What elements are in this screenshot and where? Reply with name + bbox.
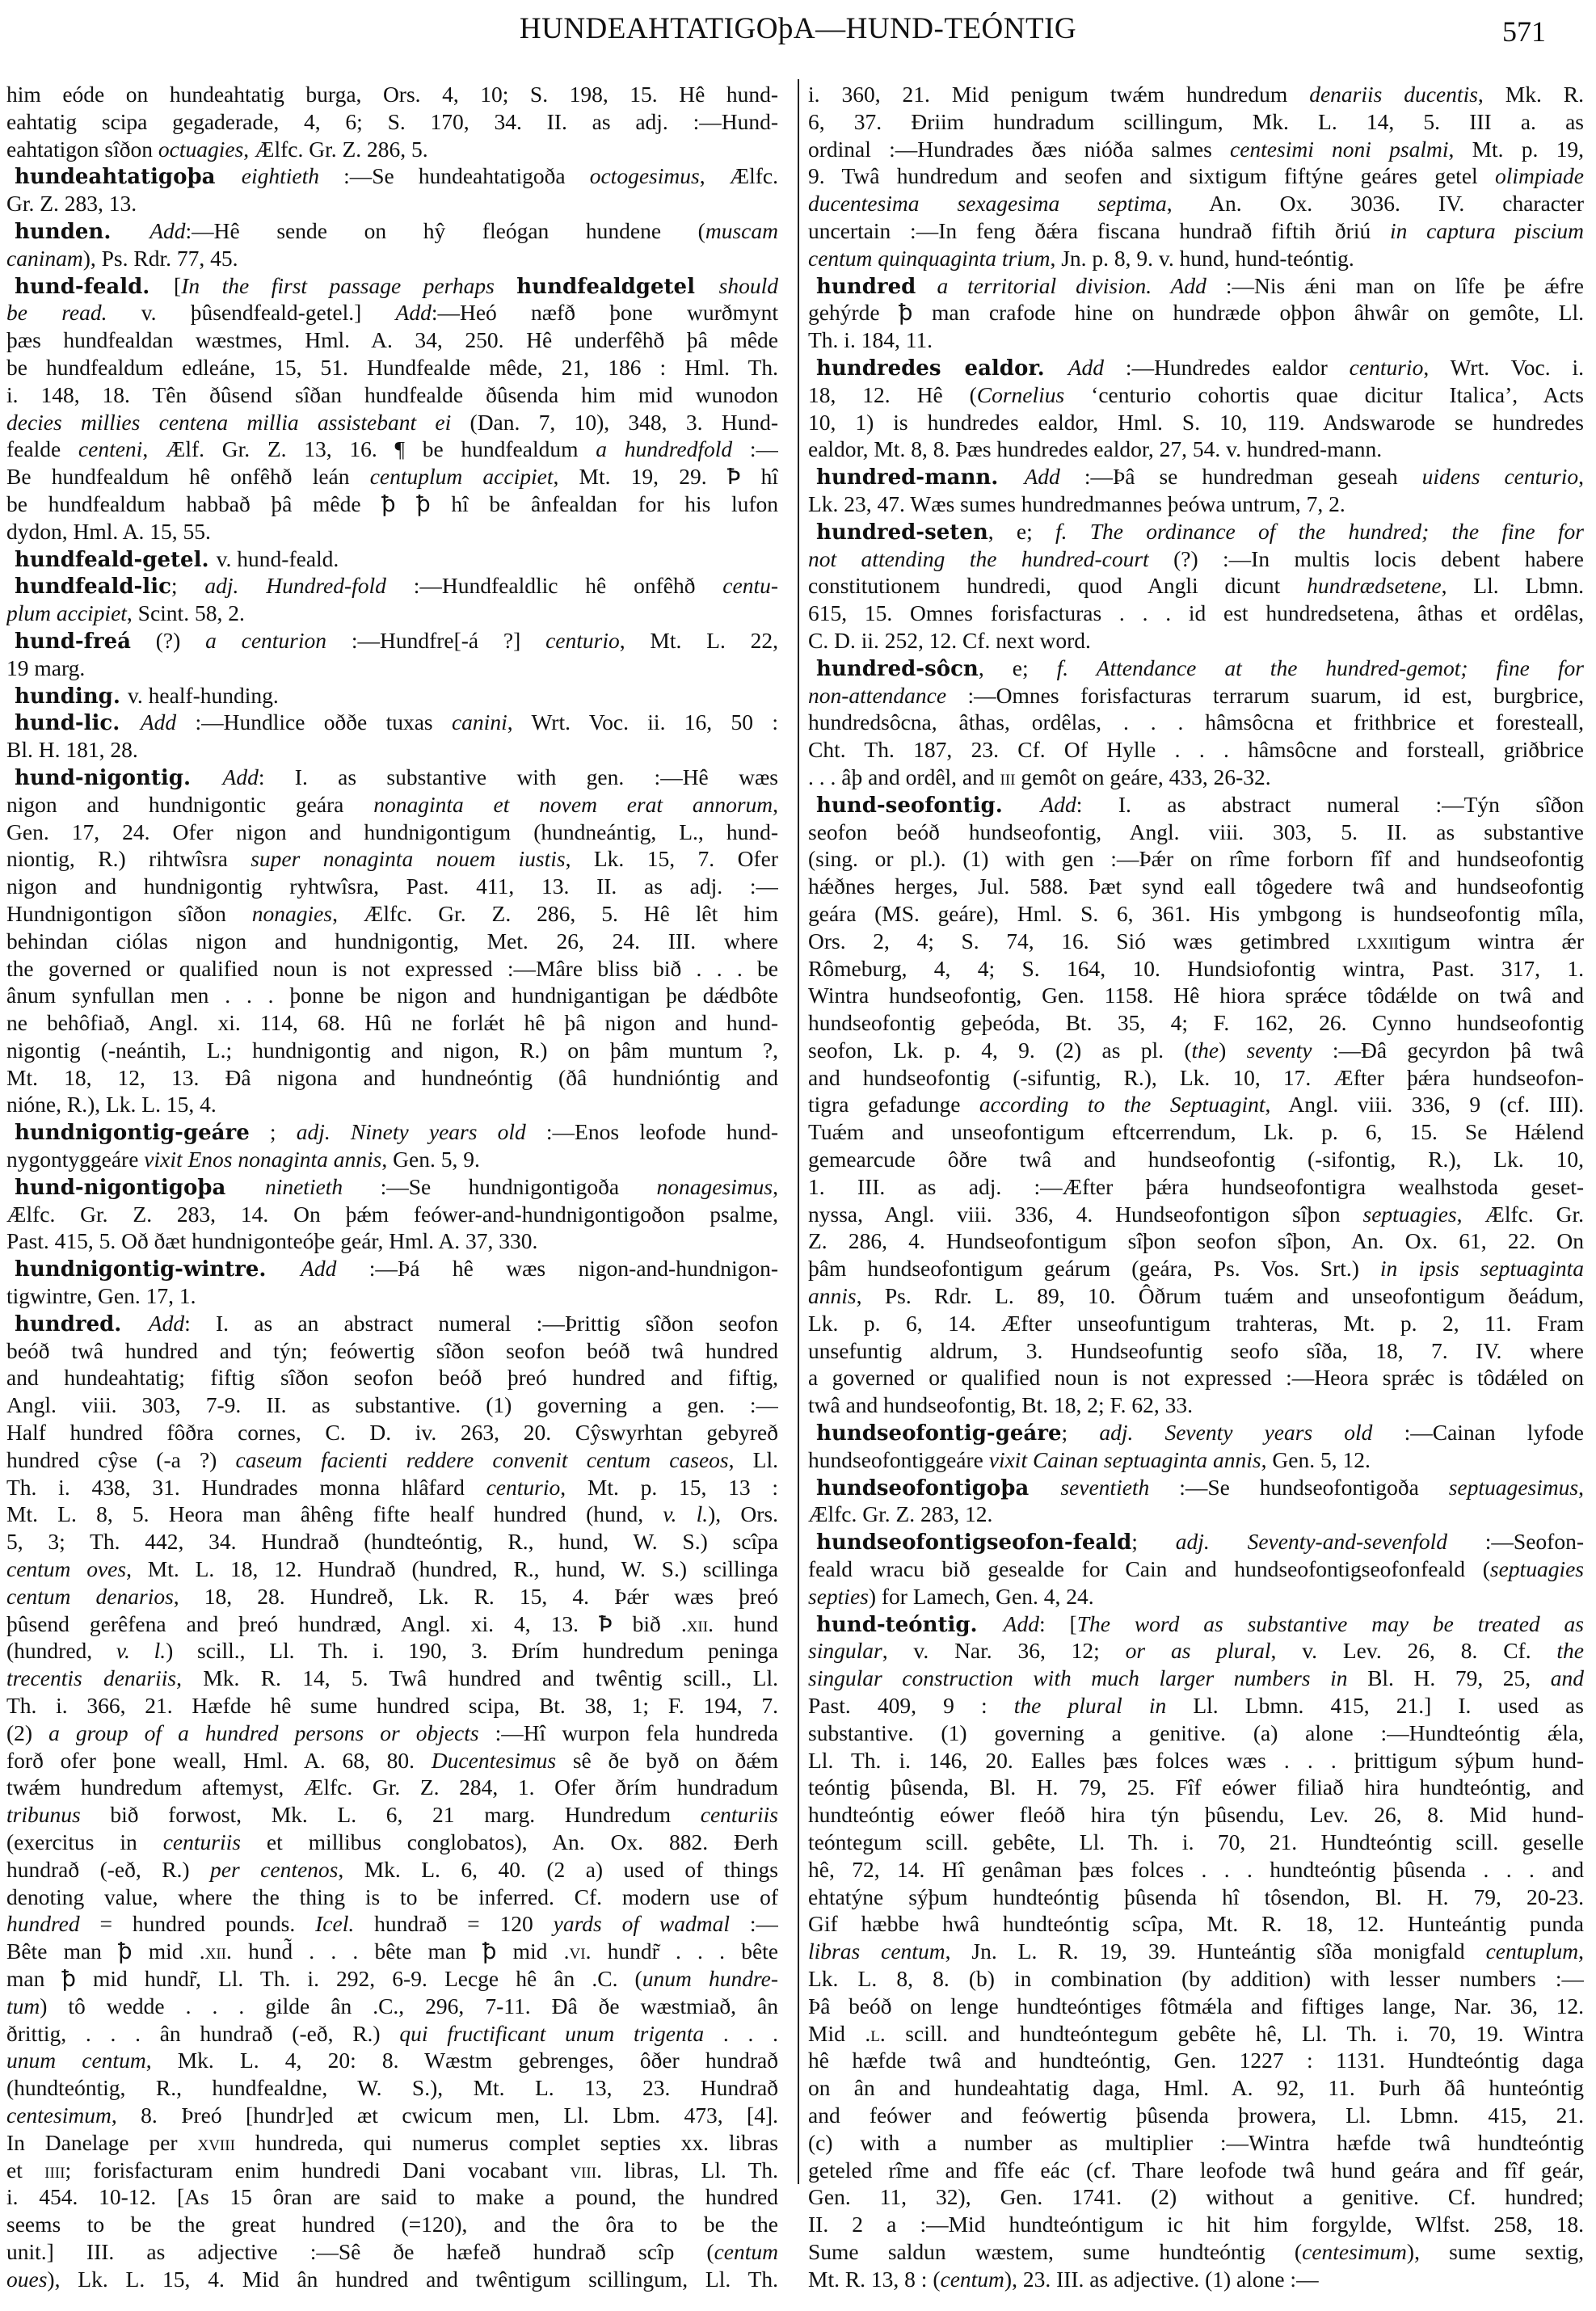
italic-text: centesimi noni psalmi [1230, 137, 1449, 162]
text-line: Ælfc. Gr. Z. 283, 14. On þǽm feówer-and-… [6, 1201, 778, 1228]
text-line: Th. i. 366, 21. Hæfde hê sume hundred sc… [6, 1692, 778, 1720]
italic-text: the [1191, 1038, 1219, 1063]
text: : I. as substantive with gen. :—Hê wæs [259, 764, 778, 789]
text-line: hundteóntig eówer fleóð hira týn þûsendu… [808, 1801, 1584, 1829]
text: bið forwost, Mk. L. 6, 21 marg. Hundredu… [81, 1802, 701, 1827]
text: , Scint. 58, 2. [127, 600, 245, 625]
text-line: forð ofer þone weall, Hml. A. 68, 80. Du… [6, 1747, 778, 1774]
text: , Ælf. Gr. Z. 13, 16. ¶ be hundfealdum [142, 436, 596, 461]
text-line: Angl. viii. 303, 7-9. II. as substantive… [6, 1391, 778, 1419]
text: ), 23. III. as adjective. (1) alone :— [1004, 2267, 1319, 2292]
text-line: 6, 37. Ðriim hundradum scillingum, Mk. L… [808, 108, 1584, 136]
entry-start-line: hundfeald-getel. v. hund-feald. [6, 545, 778, 573]
text-line: geára (MS. geáre), Hml. S. 6, 361. His y… [808, 900, 1584, 928]
text-line: be hundfealdum edleáne, 15, 51. Hundfeal… [6, 354, 778, 381]
text: beóð twâ hundred and týn; feówertig sîðo… [6, 1338, 778, 1363]
text: In Danelage per [6, 2130, 197, 2155]
italic-text: singular [808, 1638, 882, 1663]
headword: hunden. [15, 220, 149, 244]
headword: hundred. [15, 1312, 149, 1337]
text-line: In Danelage per xviii hundreda, qui nume… [6, 2129, 778, 2157]
text-line: eahtatigon sîðon octuagies, Ælfc. Gr. Z.… [6, 136, 778, 163]
text-line: centesimum, 8. Þreó [hundr]ed æt cwicum … [6, 2102, 778, 2129]
text-line: Ælfc. Gr. Z. 283, 12. [808, 1501, 1584, 1528]
italic-text: muscam [705, 218, 778, 243]
italic-text: v. l. [663, 1501, 708, 1526]
text: ; [1131, 1529, 1175, 1554]
italic-text: tribunus [6, 1802, 81, 1827]
italic-text: canini [452, 709, 507, 735]
text: , [1578, 1938, 1584, 1964]
italic-text: octogesimus [590, 163, 700, 188]
text: , Gen. 5, 12. [1261, 1447, 1371, 1472]
text: Ors. 2, 4; S. 74, 16. Sió wæs getimbred [808, 928, 1357, 953]
text: ; forisfacturam enim hundredi Dani vocab… [65, 2157, 570, 2183]
text: . libras, Ll. Th. [596, 2157, 778, 2183]
text-line: Z. 286, 4. Hundseofontigum sîþon seofon … [808, 1227, 1584, 1255]
text: Gif hæbbe hwâ hundteóntig scîpa, Mt. R. … [808, 1911, 1584, 1936]
text-line: tribunus bið forwost, Mk. L. 6, 21 marg.… [6, 1801, 778, 1829]
text-line: þûsend gerêfena and þreó hundræd, Angl. … [6, 1610, 778, 1638]
text: :— [732, 436, 778, 461]
entry-start-line: hundnigontig-wintre. Add :—Þá hê wæs nig… [6, 1255, 778, 1282]
italic-text: yards of wadmal [554, 1911, 730, 1936]
text-line: C. D. ii. 252, 12. Cf. next word. [808, 627, 1584, 655]
text-line: centum denarios, 18, 28. Hundreð, Lk. R.… [6, 1583, 778, 1610]
italic-text: and [1551, 1665, 1584, 1690]
italic-text: v. l. [116, 1638, 166, 1663]
text: on ân and hundeahtatig daga, Hml. A. 92,… [808, 2075, 1584, 2100]
text-line: ducentesima sexagesima septima, An. Ox. … [808, 190, 1584, 217]
text-line: teóntegum scill. gebête, Ll. Th. i. 70, … [808, 1829, 1584, 1856]
italic-text: vixit Enos nonaginta annis [144, 1147, 381, 1172]
text: , Mt. L. 18, 12. Hundrað (hundred, R., h… [126, 1556, 778, 1581]
text-line: nigon and hundnigontic geára nonaginta e… [6, 791, 778, 819]
italic-text: septies [808, 1584, 869, 1609]
italic-text: a hundredfold [596, 436, 732, 461]
text: Gen. 17, 24. Ofer nigon and hundnigontig… [6, 819, 778, 844]
text-line: unit.] III. as adjective :—Sê ðe hæfeð h… [6, 2238, 778, 2266]
text: i. 148, 18. Tên ðûsend sîðan hundfealde … [6, 382, 778, 407]
text: :—Seofon- [1447, 1529, 1584, 1554]
text: xii [205, 1938, 226, 1964]
text: , Mt. p. 19, [1449, 137, 1585, 162]
text-line: gehýrde ꝥ man crafode hine on hundræde o… [808, 299, 1584, 326]
text: Be hundfealdum hê onfêhð leán [6, 464, 370, 489]
text-line: the governed or qualified noun is not ex… [6, 955, 778, 983]
entry-start-line: hundred-mann. Add :—Þâ se hundredman ges… [808, 463, 1584, 490]
italic-text: centesimum [1302, 2239, 1407, 2264]
text: , e; [988, 519, 1055, 544]
text: , Mt. 19, 29. Ꝥ hî [553, 464, 778, 489]
left-column: him eóde on hundeahtatig burga, Ors. 4, … [6, 81, 778, 2293]
text: et [6, 2157, 44, 2183]
column-divider [798, 79, 799, 2184]
text-line: i. 454. 10-12. [As 15 ôran are said to m… [6, 2183, 778, 2211]
text-line: et iiii; forisfacturam enim hundredi Dan… [6, 2157, 778, 2184]
italic-text: libras centum [808, 1938, 945, 1964]
text: unit.] III. as adjective :—Sê ðe hæfeð h… [6, 2239, 714, 2264]
italic-text: septuagies [1363, 1202, 1457, 1227]
italic-text: a group of a hundred persons or objects [48, 1720, 478, 1745]
text: ordinal :—Hundrades ðæs nióða salmes [808, 137, 1230, 162]
text: :—Hundfealdlic hê onfêhð [386, 573, 722, 598]
text-line: . . . âþ and ordêl, and iii gemôt on geá… [808, 764, 1584, 791]
text: . . . âþ and ordêl, and [808, 764, 1000, 789]
text-line: Þâ beóð on lenge hundteóntiges fôtmǽla a… [808, 1993, 1584, 2020]
italic-text: nonaginta et novem erat annorum [373, 792, 773, 817]
entry-start-line: hundeahtatigoþa eightieth :—Se hundeahta… [6, 162, 778, 190]
text-line: ânum synfullan men . . . þonne be nigon … [6, 982, 778, 1009]
text-line: 5, 3; Th. 442, 34. Hundrað (hundteóntig,… [6, 1528, 778, 1555]
headword: hundredes ealdor. [816, 356, 1068, 381]
text: (c) with a number as multiplier :—Wintra… [808, 2130, 1584, 2155]
text: Ll. Lbmn. 415, 21.] I. used as [1193, 1693, 1584, 1718]
text: tigum wintra ǽr [1399, 928, 1584, 953]
italic-text: Icel. [315, 1911, 354, 1936]
page-header: HUNDEAHTATIGOþA—HUND-TEÓNTIG 571 [0, 0, 1596, 65]
text: hundteóntig eówer fleóð hira týn þûsendu… [808, 1802, 1584, 1827]
text-line: ne behôfiað, Angl. xi. 114, 68. Hû ne fo… [6, 1009, 778, 1037]
text: ealdor, Mt. 8, 8. Þæs hundredes ealdor, … [808, 436, 1382, 461]
text: hê hæfde twâ and hundteóntig, Gen. 1227 … [808, 2048, 1584, 2073]
italic-text: eightieth [242, 163, 319, 188]
text-line: Past. 409, 9 : the plural in Ll. Lbmn. 4… [808, 1692, 1584, 1720]
italic-text: adj. Hundred-fold [204, 573, 386, 598]
text: , 8. Þreó [hundr]ed æt cwicum men, Ll. L… [112, 2103, 778, 2128]
entry-start-line: hundseofontig-geáre; adj. Seventy years … [808, 1419, 1584, 1446]
text-line: teóntig þûsenda, Bl. H. 79, 25. Fîf eówe… [808, 1774, 1584, 1801]
text-line: plum accipiet, Scint. 58, 2. [6, 600, 778, 627]
italic-text: centuplum accipiet [370, 464, 554, 489]
italic-text: plum accipiet [6, 600, 127, 625]
text: v. healf-hunding. [128, 683, 279, 708]
entry-start-line: hundfeald-lic; adj. Hundred-fold :—Hundf… [6, 572, 778, 600]
text: Mt. R. 13, 8 : ( [808, 2267, 940, 2292]
text: i. 360, 21. Mid penigum twǽm hundredum [808, 82, 1309, 107]
headword: hundseofontigoþa [816, 1476, 1060, 1501]
text: v. þûsendfeald-getel.] [141, 300, 396, 325]
text-line: hundseofontiggeáre vixit Cainan septuagi… [808, 1446, 1584, 1474]
text: nióne, R.), Lk. L. 15, 4. [6, 1092, 217, 1117]
text: :—Hundfre[-á ?] [326, 628, 545, 653]
text: þûsend gerêfena and þreó hundræd, Angl. … [6, 1611, 687, 1636]
text-line: II. 2 a :—Mid hundteóntigum ic hit him f… [808, 2211, 1584, 2238]
text-line: twǽm hundredum aftemyst, Ælfc. Gr. Z. 28… [6, 1774, 778, 1801]
text: , Ælfc. Gr. [1457, 1202, 1584, 1227]
text-line: libras centum, Jn. L. R. 19, 39. Hunteán… [808, 1938, 1584, 1965]
text: ), sume sextig, [1407, 2239, 1584, 2264]
text: , Mk. R. [1478, 82, 1584, 107]
text-line: not attending the hundred-court (?) :—In… [808, 545, 1584, 573]
entry-start-line: hund-teóntig. Add: [The word as substant… [808, 1610, 1584, 1638]
text: tigwintre, Gen. 17, 1. [6, 1283, 196, 1308]
text-line: Th. i. 438, 31. Hundrades monna hlâfard … [6, 1474, 778, 1501]
headword: hundfealdgetel [516, 275, 718, 299]
right-column: i. 360, 21. Mid penigum twǽm hundredum d… [808, 81, 1584, 2293]
text: . hund [708, 1611, 778, 1636]
text: and hundseofontig (-sifuntig, R.), Lk. 1… [808, 1065, 1584, 1090]
text: Gr. Z. 283, 13. [6, 191, 137, 216]
text: :—Enos leofode hund- [526, 1119, 778, 1144]
entry-start-line: hunding. v. healf-hunding. [6, 682, 778, 709]
text: : I. as an abstract numeral :—Þrittig sî… [184, 1311, 778, 1336]
italic-text: centurio [486, 1475, 561, 1500]
text: nigon and hundnigontic geára [6, 792, 373, 817]
text-line: Gif hæbbe hwâ hundteóntig scîpa, Mt. R. … [808, 1910, 1584, 1938]
text: a governed or qualified noun is not expr… [808, 1365, 1584, 1390]
entry-start-line: hund-nigontigoþa ninetieth :—Se hundnigo… [6, 1173, 778, 1201]
text: :—Nis ǽni man on lîfe þe ǽfre [1206, 273, 1584, 298]
text: 19 marg. [6, 655, 85, 680]
text-line: on ân and hundeahtatig daga, Hml. A. 92,… [808, 2074, 1584, 2102]
italic-text: trecentis denariis [6, 1665, 176, 1690]
text: Ælfc. Gr. Z. 283, 12. [808, 1501, 992, 1526]
italic-text: singular construction with much larger n… [808, 1665, 1367, 1690]
text-line: uncertain :—In feng ðǽra fiscana hundrað… [808, 217, 1584, 245]
italic-text: Add [1025, 464, 1060, 489]
text: 1. III. as adj. :—Æfter þǽra hundseofont… [808, 1174, 1584, 1199]
text: , v. Nar. 36, 12; [882, 1638, 1126, 1663]
italic-text: non-attendance [808, 683, 946, 708]
text-line: seems to be the great hundred (=120), an… [6, 2211, 778, 2238]
text-line: (2) a group of a hundred persons or obje… [6, 1720, 778, 1747]
italic-text: Add [301, 1256, 336, 1281]
text-line: Mt. R. 13, 8 : (centum), 23. III. as adj… [808, 2266, 1584, 2293]
italic-text: centum denarios [6, 1584, 174, 1609]
text-line: centum oves, Mt. L. 18, 12. Hundrað (hun… [6, 1555, 778, 1583]
text-line: niontig, R.) rihtwîsra super nonaginta n… [6, 845, 778, 873]
italic-text: Add [1171, 273, 1206, 298]
text-line: Tuǽm and unseofontigum eftcerrendum, Lk.… [808, 1118, 1584, 1146]
text: the governed or qualified noun is not ex… [6, 956, 778, 981]
text: Mid . [808, 2021, 870, 2046]
text: . scill. and hundteóntegum gebête hê, Ll… [880, 2021, 1584, 2046]
text-line: 615, 15. Omnes forisfacturas . . . id es… [808, 600, 1584, 627]
text: him eóde on hundeahtatig burga, Ors. 4, … [6, 82, 778, 107]
italic-text: uidens centurio [1422, 464, 1578, 489]
italic-text: according to the Septuagint [979, 1092, 1265, 1117]
text-line: hundrað (-eð, R.) per centenos, Mk. L. 6… [6, 1856, 778, 1884]
text: Bl. H. 181, 28. [6, 737, 138, 762]
text-line: 1. III. as adj. :—Æfter þǽra hundseofont… [808, 1173, 1584, 1201]
text: :—Heó næfð þone wurðmynt [432, 300, 778, 325]
text: teóntig þûsenda, Bl. H. 79, 25. Fîf eówe… [808, 1774, 1584, 1800]
text-line: him eóde on hundeahtatig burga, Ors. 4, … [6, 81, 778, 108]
text-line: Hundnigontigon sîðon nonagies, Ælfc. Gr.… [6, 900, 778, 928]
text: nyssa, Angl. viii. 336, 4. Hundseofontig… [808, 1202, 1363, 1227]
text-line: eahtatig scipa gegaderade, 4, 6; S. 170,… [6, 108, 778, 136]
text-line: be read. v. þûsendfeald-getel.] Add:—Heó… [6, 299, 778, 326]
text-line: (hundred, v. l.) scill., Ll. Th. i. 190,… [6, 1637, 778, 1665]
italic-text: caseum facienti reddere convenit centum … [236, 1447, 729, 1472]
page-number: 571 [1502, 15, 1546, 48]
italic-text: Add [141, 709, 176, 735]
text: substantive. (1) governing a genitive. (… [808, 1720, 1584, 1745]
text: Þâ beóð on lenge hundteóntiges fôtmǽla a… [808, 1993, 1584, 2018]
italic-text: be read. [6, 300, 141, 325]
text: :—Se hundnigontigoða [343, 1174, 656, 1199]
entry-start-line: hundred a territorial division. Add :—Ni… [808, 272, 1584, 300]
text: Angl. viii. 303, 7-9. II. as substantive… [6, 1392, 778, 1417]
entry-start-line: hundseofontigseofon-feald; adj. Seventy-… [808, 1528, 1584, 1555]
text: iii [1000, 764, 1016, 789]
text-line: Gen. 17, 24. Ofer nigon and hundnigontig… [6, 819, 778, 846]
italic-text: decies millies centena millia assisteban… [6, 410, 451, 435]
italic-text: the [1556, 1638, 1584, 1663]
italic-text: hundred [6, 1911, 80, 1936]
italic-text: Add [1068, 355, 1104, 380]
text: , Ælfc. Gr. Z. 286, 5. Hê lêt him [332, 901, 778, 926]
text: :—Þâ se hundredman geseah [1060, 464, 1422, 489]
text: : I. as abstract numeral :—Týn sîðon [1076, 792, 1584, 817]
text-line: twâ and hundseofontig, Bt. 18, 2; F. 62,… [808, 1391, 1584, 1419]
italic-text: per centenos [210, 1857, 338, 1882]
text-line: hundred cŷse (-a ?) caseum facienti redd… [6, 1446, 778, 1474]
text: ‘centurio cohortis quae dicitur Italica’… [1064, 382, 1584, 407]
text-line: and feówer and feówertig þûsenda þrowera… [808, 2102, 1584, 2129]
text-line: centum quinquaginta trium, Jn. p. 8, 9. … [808, 245, 1584, 272]
text: Th. i. 184, 11. [808, 327, 933, 352]
italic-text: ninetieth [265, 1174, 343, 1199]
text: , [1578, 464, 1584, 489]
text: ; [1062, 1420, 1100, 1445]
text: uncertain :—In feng ðǽra fiscana hundrað… [808, 218, 1390, 243]
text-line: tum) tô wedde . . . gilde ân .C., 296, 7… [6, 1993, 778, 2020]
italic-text: centuriis [701, 1802, 778, 1827]
italic-text: octuagies [158, 137, 243, 162]
text-line: behindan ciólas nigon and hundnigontig, … [6, 928, 778, 955]
text: be hundfealdum habbað þâ mêde ꝥ ꝥ hî be … [6, 491, 778, 516]
text: nygontyggeáre [6, 1147, 144, 1172]
text: xii [687, 1611, 708, 1636]
text-line: septies) for Lamech, Gen. 4, 24. [808, 1583, 1584, 1610]
text: :—Hî wurpon fela hundreda [479, 1720, 778, 1745]
text: hundredsôcna, âthas, ordêlas, . . . hâms… [808, 709, 1584, 735]
text: (hundteóntig, R., hundfealdne, W. S.), M… [6, 2075, 778, 2100]
text: nigon and hundnigontig ryhtwîsra, Past. … [6, 873, 778, 899]
text-line: unum centum, Mk. L. 4, 20: 8. Wæstm gebr… [6, 2047, 778, 2074]
italic-text: the plural in [1014, 1693, 1194, 1718]
text: Past. 409, 9 : [808, 1693, 1014, 1718]
headword: hundred [816, 275, 937, 299]
text: Mt. 18, 12, 13. Ðâ nigona and hundneónti… [6, 1065, 778, 1090]
text-line: non-attendance :—Omnes forisfacturas ter… [808, 682, 1584, 709]
entry-start-line: hundnigontig-geáre ; adj. Ninety years o… [6, 1118, 778, 1146]
text: ), Ors. [708, 1501, 778, 1526]
italic-text: hundrædsetene [1307, 573, 1442, 598]
text: feald wracu bið gesealde for Cain and hu… [808, 1556, 1490, 1581]
text: 6, 37. Ðriim hundradum scillingum, Mk. L… [808, 109, 1584, 134]
text: viii [570, 2157, 596, 2183]
text: þæs hundfealdan wæstmes, Hml. A. 34, 250… [6, 327, 778, 352]
text-line: Lk. p. 6, 14. Æfter unseofuntigum trahte… [808, 1310, 1584, 1337]
text-line: feald wracu bið gesealde for Cain and hu… [808, 1555, 1584, 1583]
text-line: a governed or qualified noun is not expr… [808, 1364, 1584, 1391]
headword: hundfeald-getel. [15, 548, 217, 572]
text: (?) :—In multis locis debent habere [1149, 546, 1584, 571]
text: gemearcude ôðre twâ and hundseofontig (-… [808, 1147, 1584, 1172]
italic-text: Add [149, 1311, 184, 1336]
text-line: Mid .l. scill. and hundteóntegum gebête … [808, 2020, 1584, 2048]
italic-text: centurio [1350, 355, 1424, 380]
italic-text: olimpiade [1495, 163, 1584, 188]
text: , Ll. Lbmn. [1442, 573, 1584, 598]
italic-text: super nonaginta nouem iustis [251, 846, 565, 871]
italic-text: Add [1040, 792, 1076, 817]
italic-text: in captura piscium [1390, 218, 1584, 243]
entry-start-line: hund-feald. [In the first passage perhap… [6, 272, 778, 300]
headword: hundeahtatigoþa [15, 165, 242, 189]
italic-text: oues [6, 2267, 47, 2292]
italic-text: centum oves [6, 1556, 126, 1581]
text-line: 10, 1) is hundredes ealdor, Hml. S. 10, … [808, 409, 1584, 436]
italic-text: centesimum [6, 2103, 112, 2128]
text: seems to be the great hundred (=120), an… [6, 2212, 778, 2237]
text: (?) [131, 628, 205, 653]
text: (exercitus in [6, 1829, 163, 1854]
text: nigontig (-neántih, L.; hundnigontig and… [6, 1038, 778, 1063]
italic-text: centuplum [1486, 1938, 1579, 1964]
entry-start-line: hund-lic. Add :—Hundlice oððe tuxas cani… [6, 709, 778, 736]
text: = hundred pounds. [80, 1911, 315, 1936]
text: hundrað (-eð, R.) [6, 1857, 210, 1882]
text: constitutionem hundredi, quod Angli dicu… [808, 573, 1307, 598]
entry-start-line: hundred-seten, e; f. The ordinance of th… [808, 518, 1584, 545]
text: fealde [6, 436, 78, 461]
text-line: Gen. 11, 32), Gen. 1741. (2) without a g… [808, 2183, 1584, 2211]
italic-text: In the first passage perhaps [181, 273, 516, 298]
text-line: Th. i. 184, 11. [808, 326, 1584, 354]
text-line: seofon beóð hundseofontig, Angl. viii. 3… [808, 819, 1584, 846]
text: xviii [197, 2130, 234, 2155]
text: dydon, Hml. A. 15, 55. [6, 519, 211, 544]
text: ) scill., Ll. Th. i. 190, 3. Ðrím hundre… [166, 1638, 778, 1663]
entry-start-line: hundred. Add: I. as an abstract numeral … [6, 1310, 778, 1337]
headword: hunding. [15, 684, 128, 709]
headword: hund-seofontig. [816, 793, 1040, 818]
italic-text: nonagies [252, 901, 332, 926]
text: . . . [704, 2021, 778, 2046]
text-line: and hundeahtatig; fiftig sîðon seofon be… [6, 1364, 778, 1391]
text: Wintra hundseofontig, Gen. 1158. Hê hior… [808, 983, 1584, 1008]
text: Lk. L. 8, 8. (b) in combination (by addi… [808, 1966, 1584, 1991]
italic-text: a territorial division. [937, 273, 1170, 298]
text: tigra gefadunge [808, 1092, 979, 1117]
headword: hund-lic. [15, 711, 141, 735]
text: , Angl. viii. 336, 9 (cf. III). [1265, 1092, 1584, 1117]
text-line: gemearcude ôðre twâ and hundseofontig (-… [808, 1146, 1584, 1173]
text: Bl. H. 79, 25, [1367, 1665, 1551, 1690]
text-line: constitutionem hundredi, quod Angli dicu… [808, 572, 1584, 600]
text-line: Past. 415, 5. Oð ðæt hundnigonteóþe geár… [6, 1227, 778, 1255]
text: , Ælfc. Gr. Z. 286, 5. [243, 137, 427, 162]
text-line: nygontyggeáre vixit Enos nonaginta annis… [6, 1146, 778, 1173]
italic-text: qui fructificant unum trigenta [399, 2021, 704, 2046]
text-line: Cht. Th. 187, 23. Cf. Of Hylle . . . hâm… [808, 736, 1584, 764]
text: Tuǽm and unseofontigum eftcerrendum, Lk.… [808, 1119, 1584, 1144]
italic-text: Add [396, 300, 432, 325]
text: l [870, 2021, 880, 2046]
text: ; [250, 1119, 297, 1144]
text: , v. Lev. 26, 8. Cf. [1270, 1638, 1556, 1663]
text-line: Wintra hundseofontig, Gen. 1158. Hê hior… [808, 982, 1584, 1009]
text: :—Se hundeahtatigoða [319, 163, 590, 188]
text: (Dan. 7, 10), 348, 3. Hund- [451, 410, 778, 435]
text: , e; [979, 655, 1057, 680]
headword: hund-teóntig. [816, 1613, 1004, 1637]
text: :—Cainan lyfode [1372, 1420, 1584, 1445]
